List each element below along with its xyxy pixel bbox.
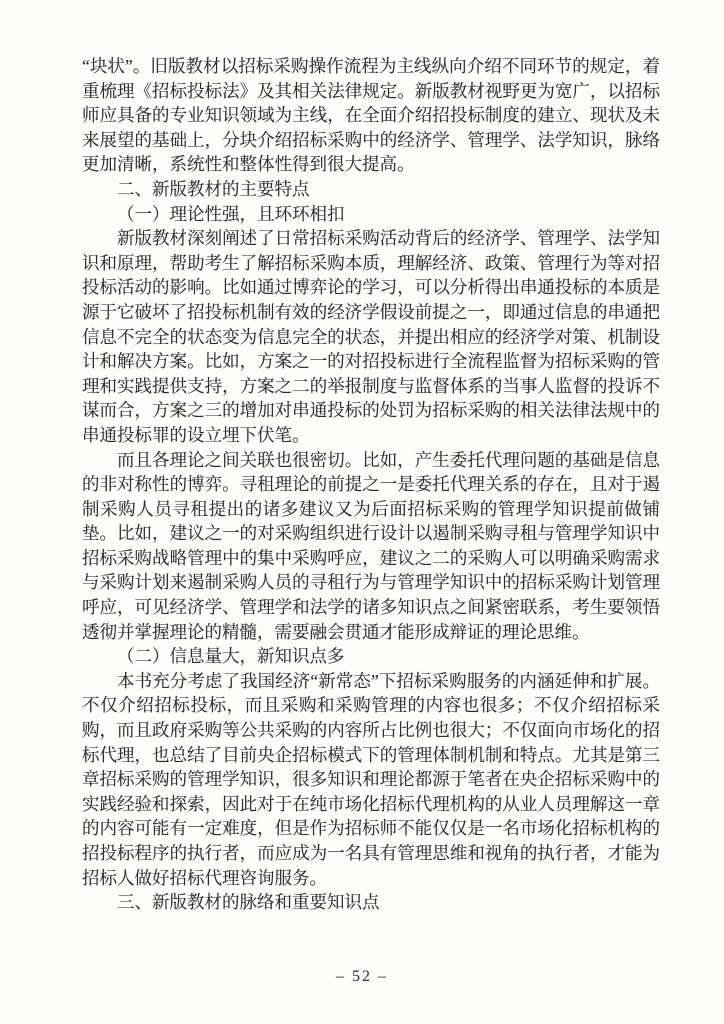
page-body-text: “块状”。旧版教材以招标采购操作流程为主线纵向介绍不同环节的规定，着重梳理《招标… [82, 54, 660, 915]
paragraph-theory-explanation: 新版教材深刻阐述了日常招标采购活动背后的经济学、管理学、法学知识和原理，帮助考生… [82, 226, 660, 447]
section-heading-2-main-features: 二、新版教材的主要特点 [82, 177, 660, 202]
page-number: – 52 – [0, 968, 724, 986]
subsection-heading-2-large-information: （二）信息量大，新知识点多 [82, 644, 660, 669]
document-page: “块状”。旧版教材以招标采购操作流程为主线纵向介绍不同环节的规定，着重梳理《招标… [0, 0, 724, 1024]
paragraph-information-volume: 本书充分考虑了我国经济“新常态”下招标采购服务的内涵延伸和扩展。不仅介绍招标投标… [82, 669, 660, 890]
paragraph-continuation-old-vs-new-textbook: “块状”。旧版教材以招标采购操作流程为主线纵向介绍不同环节的规定，着重梳理《招标… [82, 54, 660, 177]
paragraph-theory-connections: 而且各理论之间关联也很密切。比如，产生委托代理问题的基础是信息的非对称性的博弈。… [82, 448, 660, 645]
subsection-heading-1-strong-theory: （一）理论性强，且环环相扣 [82, 202, 660, 227]
section-heading-3-key-knowledge-points: 三、新版教材的脉络和重要知识点 [82, 890, 660, 915]
